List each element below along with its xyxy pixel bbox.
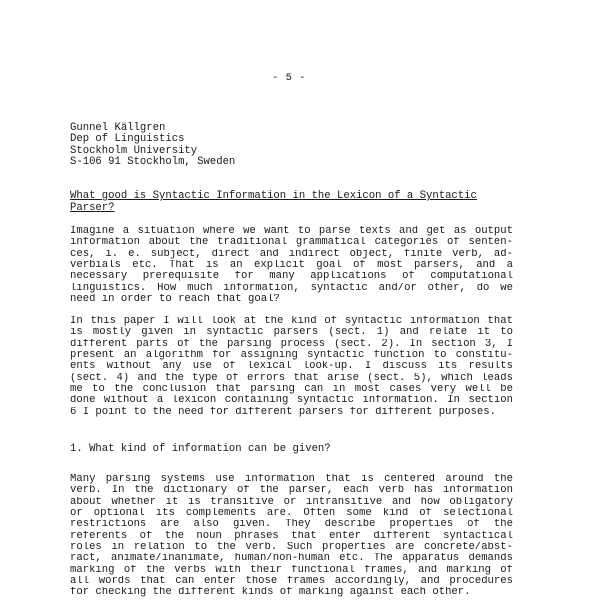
text-line: restrictions are also given. They descri… xyxy=(70,519,513,530)
paper-title-text: What good is Syntactic Information in th… xyxy=(70,190,477,214)
text-line: present an algorithm for assigning synta… xyxy=(70,350,513,361)
text-line: ract, animate/inanimate, human/non-human… xyxy=(70,553,513,564)
text-line: all words that can enter those frames ac… xyxy=(70,576,513,587)
paper-title: What good is Syntactic Information in th… xyxy=(70,191,515,214)
author-block: Gunnel Källgren Dep of Linguistics Stock… xyxy=(70,123,235,169)
text-line: done without a lexicon containing syntac… xyxy=(70,395,513,406)
paragraph-overview: In this paper I will look at the kind of… xyxy=(70,316,513,418)
text-line: roles in relation to the verb. Such prop… xyxy=(70,542,513,553)
text-line: linguistics. How much information, synta… xyxy=(70,283,513,294)
text-line: information about the traditional gramma… xyxy=(70,237,513,248)
paragraph-section-1: Many parsing systems use information tha… xyxy=(70,474,513,599)
text-line: referents of the noun phrases that enter… xyxy=(70,531,513,542)
text-line: Many parsing systems use information tha… xyxy=(70,474,513,485)
author-address: S-106 91 Stockholm, Sweden xyxy=(70,157,235,168)
text-line: In this paper I will look at the kind of… xyxy=(70,316,513,327)
document-page: - 5 - Gunnel Källgren Dep of Linguistics… xyxy=(0,0,600,600)
text-line: necessary prerequisite for many applicat… xyxy=(70,271,513,282)
text-line: ces, i. e. subject, direct and indirect … xyxy=(70,249,513,260)
text-line: verb. In the dictionary of the parser, e… xyxy=(70,485,513,496)
text-line: 6 I point to the need for different pars… xyxy=(70,407,513,418)
text-line: different parts of the parsing process (… xyxy=(70,339,513,350)
text-line: need in order to reach that goal? xyxy=(70,294,513,305)
text-line: or optional its complements are. Often s… xyxy=(70,508,513,519)
section-heading: 1. What kind of information can be given… xyxy=(70,444,331,455)
text-line: ents without any use of lexical look-up.… xyxy=(70,361,513,372)
paragraph-intro: Imagine a situation where we want to par… xyxy=(70,226,513,305)
text-line: me to the conclusion that parsing can in… xyxy=(70,384,513,395)
text-line: (sect. 4) and the type of errors that ar… xyxy=(70,373,513,384)
text-line: verbials etc. That is an explicit goal o… xyxy=(70,260,513,271)
text-line: about whether it is transitive or intran… xyxy=(70,497,513,508)
text-line: for checking the different kinds of mark… xyxy=(70,587,513,598)
page-number: - 5 - xyxy=(0,72,578,84)
text-line: marking of the verbs with their function… xyxy=(70,565,513,576)
text-line: Imagine a situation where we want to par… xyxy=(70,226,513,237)
text-line: is mostly given in syntactic parsers (se… xyxy=(70,327,513,338)
